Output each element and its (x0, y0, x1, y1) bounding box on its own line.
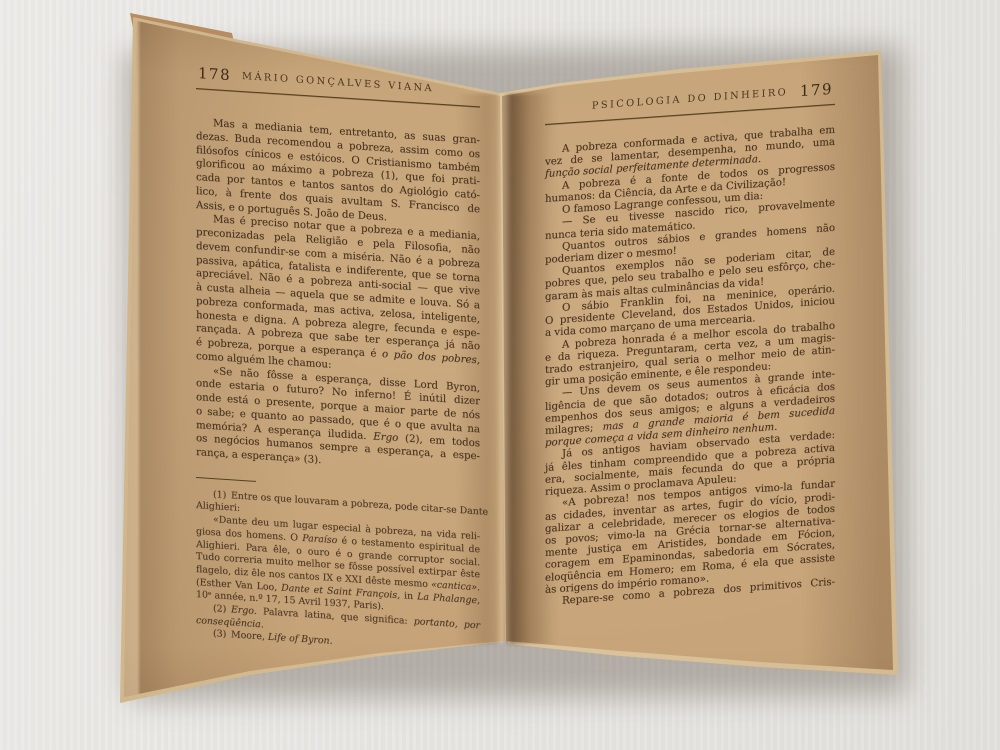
page-number-left: 178 (198, 64, 231, 84)
page-number-right: 179 (800, 80, 833, 100)
left-footnotes: (1) Entre os que louvaram a pobreza, pod… (196, 478, 480, 659)
left-body-text: Mas a mediania tem, entretanto, as suas … (196, 89, 480, 478)
right-page-content: PSICOLOGIA DO DINHEIRO 179 A pobreza con… (545, 80, 835, 610)
right-body-text: A pobreza conformada e activa, que traba… (545, 105, 835, 610)
left-page-content: 178 MÁRIO GONÇALVES VIANA Mas a mediania… (196, 64, 480, 658)
book-photo-scene: 178 MÁRIO GONÇALVES VIANA Mas a mediania… (0, 0, 1000, 750)
